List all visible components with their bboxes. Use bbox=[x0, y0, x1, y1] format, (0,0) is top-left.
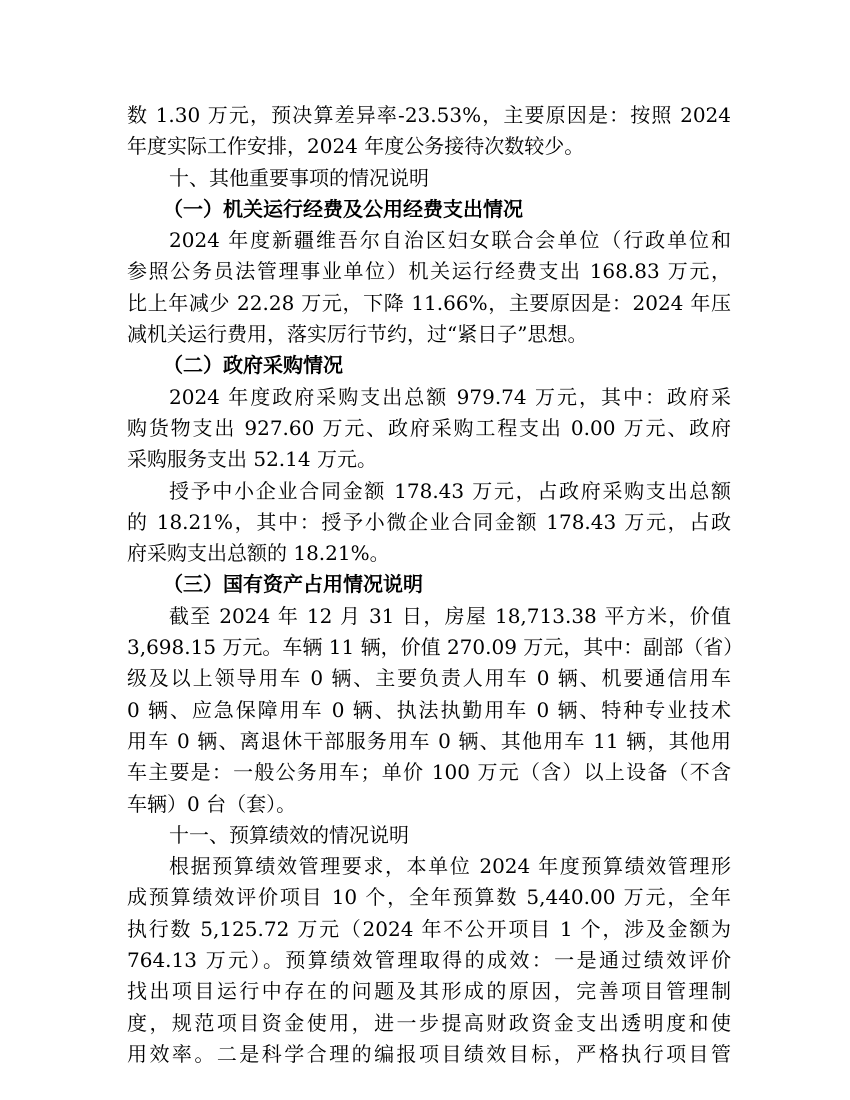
paragraph-line: 用车 0 辆、离退休干部服务用车 0 辆、其他用车 11 辆，其他用 bbox=[127, 726, 731, 757]
paragraph-line: 根据预算绩效管理要求，本单位 2024 年度预算绩效管理形 bbox=[127, 851, 731, 882]
paragraph-line: 截至 2024 年 12 月 31 日，房屋 18,713.38 平方米，价值 bbox=[127, 601, 731, 632]
section-heading-11: 十一、预算绩效的情况说明 bbox=[127, 820, 731, 851]
subsection-heading-procurement: （二）政府采购情况 bbox=[127, 350, 731, 381]
paragraph-line: 购货物支出 927.60 万元、政府采购工程支出 0.00 万元、政府 bbox=[127, 413, 731, 444]
paragraph-line: 3,698.15 万元。车辆 11 辆，价值 270.09 万元，其中：副部（省… bbox=[127, 632, 731, 663]
paragraph-line: 比上年减少 22.28 万元，下降 11.66%，主要原因是：2024 年压 bbox=[127, 288, 731, 319]
paragraph-line: 用效率。二是科学合理的编报项目绩效目标，严格执行项目管 bbox=[127, 1039, 731, 1070]
paragraph-line: 级及以上领导用车 0 辆、主要负责人用车 0 辆、机要通信用车 bbox=[127, 663, 731, 694]
paragraph-line: 度，规范项目资金使用，进一步提高财政资金支出透明度和使 bbox=[127, 1008, 731, 1039]
paragraph-line: 成预算绩效评价项目 10 个，全年预算数 5,440.00 万元，全年 bbox=[127, 882, 731, 913]
paragraph-line: 车辆）0 台（套）。 bbox=[127, 789, 731, 820]
paragraph-line: 2024 年度新疆维吾尔自治区妇女联合会单位（行政单位和 bbox=[127, 225, 731, 256]
section-heading-10: 十、其他重要事项的情况说明 bbox=[127, 163, 731, 194]
paragraph-line: 车主要是：一般公务用车；单价 100 万元（含）以上设备（不含 bbox=[127, 757, 731, 788]
document-page: 数 1.30 万元，预决算差异率-23.53%，主要原因是：按照 2024 年度… bbox=[127, 100, 731, 1070]
paragraph-line: 执行数 5,125.72 万元（2024 年不公开项目 1 个，涉及金额为 bbox=[127, 914, 731, 945]
paragraph-line: 减机关运行费用，落实厉行节约，过“紧日子”思想。 bbox=[127, 319, 731, 350]
paragraph-line: 府采购支出总额的 18.21%。 bbox=[127, 538, 731, 569]
paragraph-line: 764.13 万元）。预算绩效管理取得的成效：一是通过绩效评价 bbox=[127, 945, 731, 976]
paragraph-line: 2024 年度政府采购支出总额 979.74 万元，其中：政府采 bbox=[127, 382, 731, 413]
paragraph-line: 找出项目运行中存在的问题及其形成的原因，完善项目管理制 bbox=[127, 976, 731, 1007]
paragraph-line: 0 辆、应急保障用车 0 辆、执法执勤用车 0 辆、特种专业技术 bbox=[127, 695, 731, 726]
paragraph-line: 参照公务员法管理事业单位）机关运行经费支出 168.83 万元， bbox=[127, 256, 731, 287]
paragraph-line: 授予中小企业合同金额 178.43 万元，占政府采购支出总额 bbox=[127, 476, 731, 507]
subsection-heading-state-assets: （三）国有资产占用情况说明 bbox=[127, 569, 731, 600]
paragraph-line: 的 18.21%，其中：授予小微企业合同金额 178.43 万元，占政 bbox=[127, 507, 731, 538]
paragraph-line: 采购服务支出 52.14 万元。 bbox=[127, 444, 731, 475]
subsection-heading-operating-expenses: （一）机关运行经费及公用经费支出情况 bbox=[127, 194, 731, 225]
paragraph-line: 数 1.30 万元，预决算差异率-23.53%，主要原因是：按照 2024 bbox=[127, 100, 731, 131]
paragraph-line: 年度实际工作安排，2024 年度公务接待次数较少。 bbox=[127, 131, 731, 162]
